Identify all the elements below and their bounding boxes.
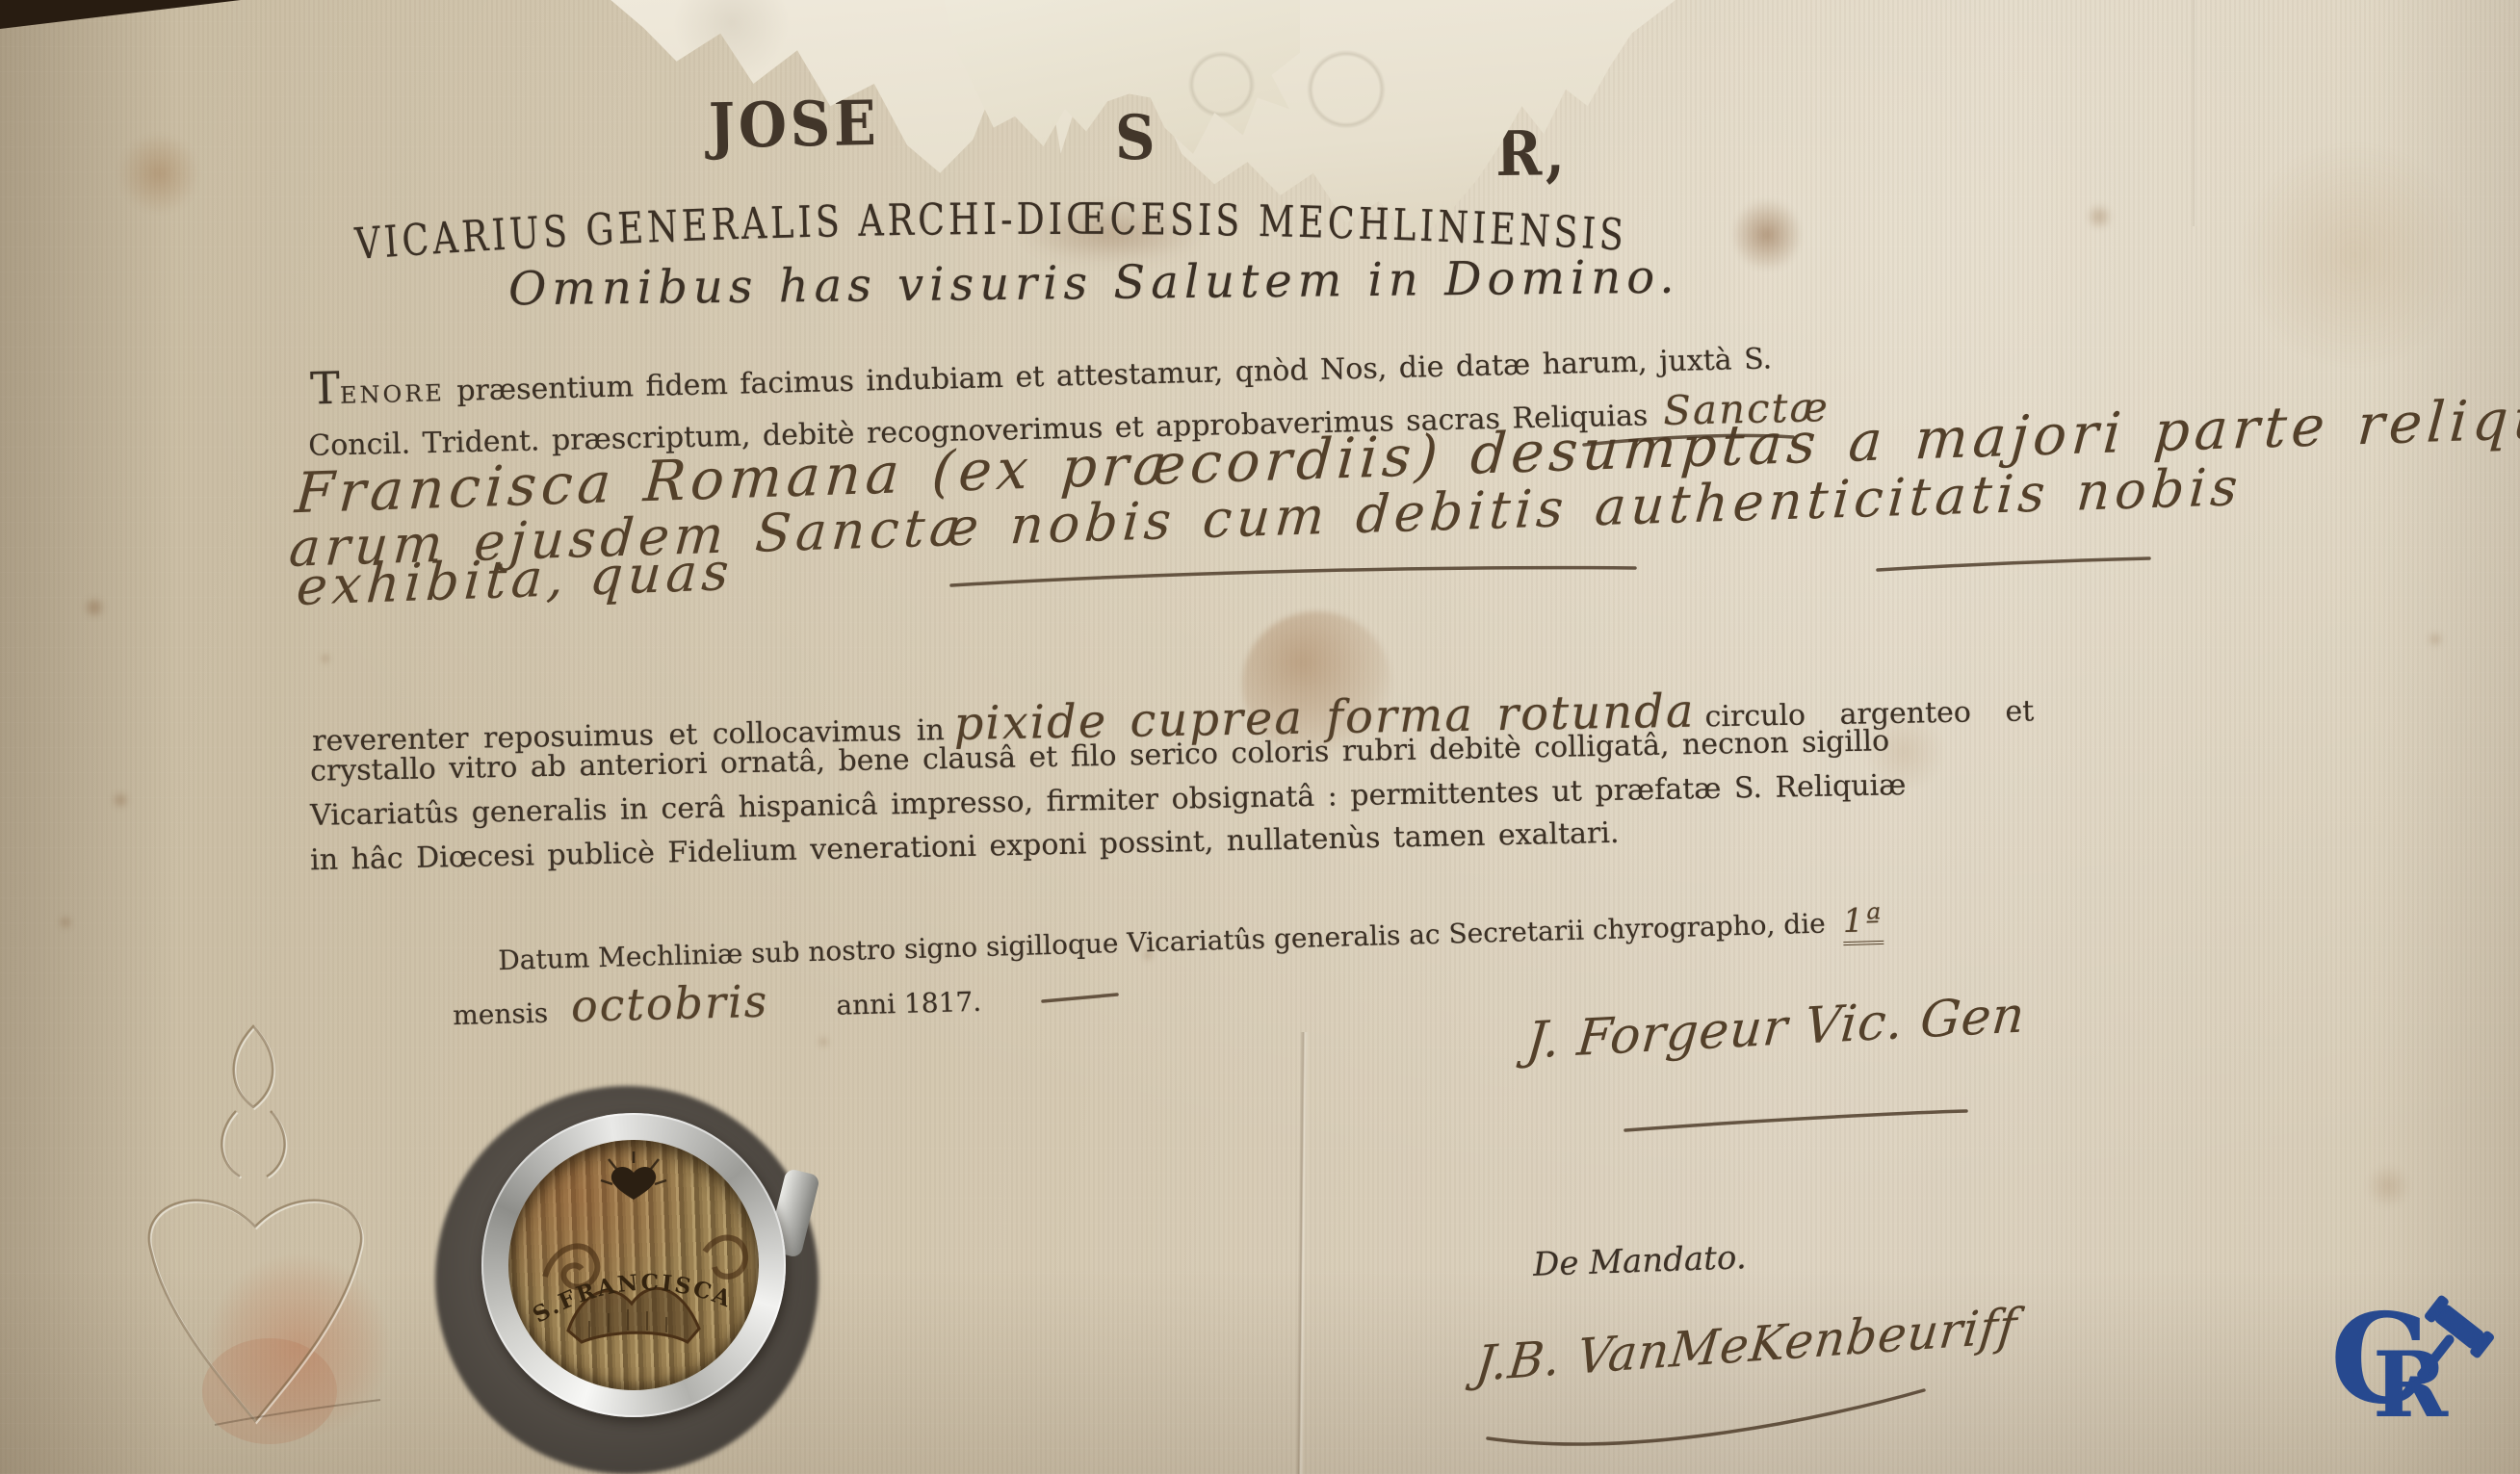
quas-dash-2	[1878, 558, 2149, 570]
quas-dash-1	[951, 568, 1635, 585]
sancta-underline	[1584, 435, 1793, 445]
anni-dash	[1043, 995, 1117, 1001]
secretary-flourish	[1488, 1390, 1924, 1444]
document-photo: JOSE S FO EUR, VICARIUS GENERALIS ARCHI-…	[0, 0, 2520, 1474]
cr-watermark-logo: C R	[2330, 1298, 2513, 1442]
theca-artwork: S.FRANCISCA ROM.	[508, 1140, 759, 1390]
gavel-icon	[2413, 1294, 2519, 1400]
vicar-underline	[1625, 1111, 1966, 1130]
sacred-heart-icon	[611, 1167, 656, 1200]
pen-strokes	[0, 0, 2520, 1474]
